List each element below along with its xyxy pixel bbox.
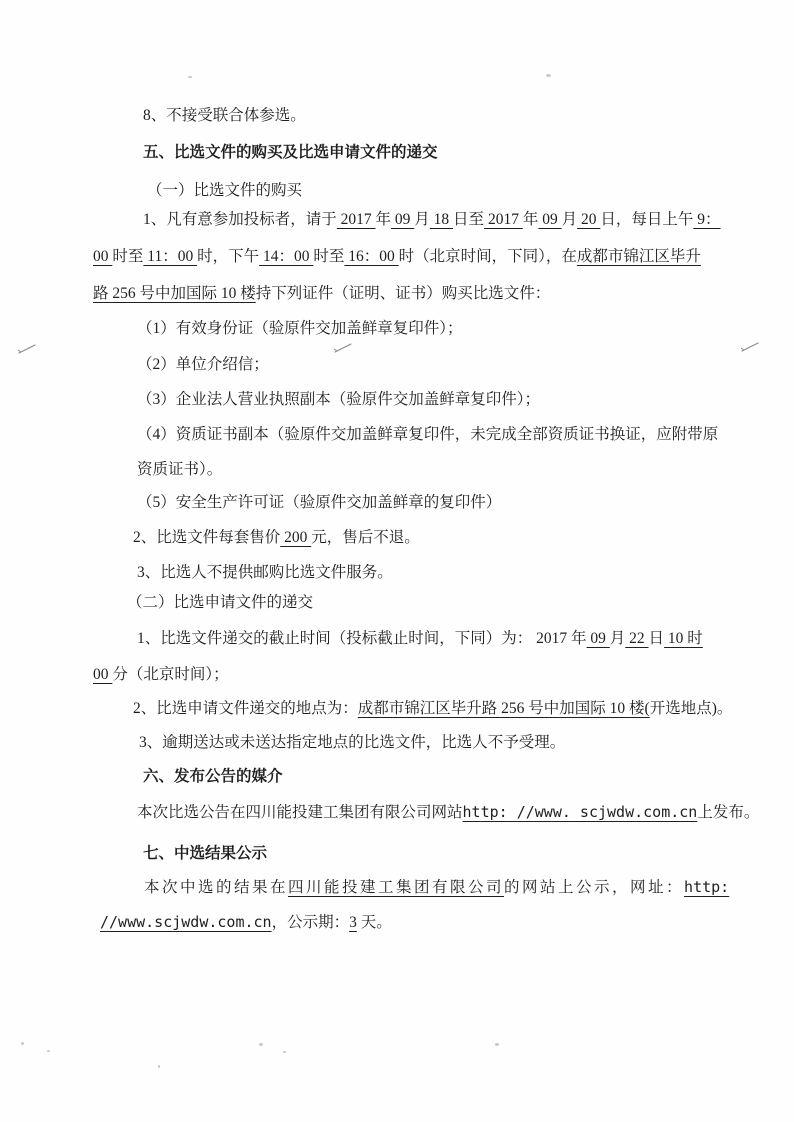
text-segment: （二）比选申请文件的递交 [127, 594, 313, 611]
underlined-text: 09 [587, 630, 610, 647]
text-segment: 时，下午 [197, 248, 259, 265]
text-segment: 8、不接受联合体参选。 [143, 107, 306, 124]
text-segment: 日 [649, 630, 665, 647]
text-segment: 本次比选公告在四川能投建工集团有限公司网站 [137, 804, 463, 821]
para-purchase-line2: 00 时至 11：00 时，下午 14：00 时至 16：00 时（北京时间，下… [93, 248, 701, 267]
url-text: //www.scjwdw.com.cn [100, 913, 272, 931]
underlined-text: 2017 [484, 211, 523, 228]
underlined-text: 14：00 [259, 248, 313, 265]
cert-item-2: （2）单位介绍信； [137, 356, 269, 375]
text-segment: （4）资质证书副本（验原件交加盖鲜章复印件，未完成全部资质证书换证，应附带原 [137, 426, 718, 443]
para-deadline-line1: 1、比选文件递交的截止时间（投标截止时间，下同）为： 2017 年 09 月 2… [137, 630, 703, 649]
text-segment: （5）安全生产许可证（验原件交加盖鲜章的复印件） [137, 494, 501, 511]
text-segment: 上发布。 [697, 804, 759, 821]
text-segment: ，公示期： [272, 914, 350, 931]
scan-speck [21, 1042, 24, 1045]
cert-item-4-line1: （4）资质证书副本（验原件交加盖鲜章复印件，未完成全部资质证书换证，应附带原 [137, 426, 718, 445]
text-segment: 天。 [357, 914, 392, 931]
text-segment: 持下列证件（证明、证书）购买比选文件： [256, 285, 551, 302]
scan-speck [546, 74, 551, 77]
underlined-text: 09 [538, 211, 561, 228]
text-segment: 年 [523, 211, 539, 228]
item-submission-place: 2、比选申请文件递交的地点为：成都市锦江区毕升路 256 号中加国际 10 楼(… [133, 700, 732, 719]
text-segment: 时至 [112, 248, 143, 265]
text-segment: 时至 [313, 248, 344, 265]
text-segment: （2）单位介绍信； [137, 356, 269, 373]
text-segment: 1、凡有意参加投标者，请于 [143, 211, 337, 228]
text-segment: 七、中选结果公示 [143, 845, 267, 862]
item-late-delivery: 3、逾期送达或未送达指定地点的比选文件，比选人不予受理。 [139, 734, 565, 753]
scan-speck [259, 1043, 263, 1046]
underlined-text: 9： [693, 211, 720, 228]
underlined-text: 2017 [337, 211, 376, 228]
item-price: 2、比选文件每套售价 200 元，售后不退。 [133, 529, 420, 548]
underlined-text: 成都市锦江区毕升路 256 号中加国际 10 楼( [358, 700, 650, 717]
text-segment: 时（北京时间，下同），在 [399, 248, 577, 265]
item-8: 8、不接受联合体参选。 [143, 107, 306, 126]
cert-item-5: （5）安全生产许可证（验原件交加盖鲜章的复印件） [137, 494, 501, 513]
text-segment: 开选地点)。 [650, 700, 733, 717]
underlined-text: 四川能投建工集团有限公司 [288, 879, 504, 896]
underlined-text: 00 [93, 666, 112, 683]
text-segment: 本次中选的结果在 [144, 879, 288, 896]
text-segment: 2、比选文件每套售价 [133, 529, 280, 546]
text-segment: 2、比选申请文件递交的地点为： [133, 700, 358, 717]
para-announcement: 本次比选公告在四川能投建工集团有限公司网站http: //www. scjwdw… [137, 803, 759, 823]
underlined-text: 18 [430, 211, 453, 228]
text-segment: 3、比选人不提供邮购比选文件服务。 [137, 564, 393, 581]
subheading-5-1: （一）比选文件的购买 [147, 182, 302, 201]
para-result-line2: //www.scjwdw.com.cn，公示期：3 天。 [100, 913, 392, 933]
underlined-text: 11：00 [143, 248, 197, 265]
text-segment: 的网站上公示，网址： [504, 879, 684, 896]
pen-mark [18, 344, 36, 354]
url-text: http: [684, 878, 729, 896]
underlined-text: 20 [577, 211, 600, 228]
heading-section-5: 五、比选文件的购买及比选申请文件的递交 [143, 144, 438, 163]
text-segment: （一）比选文件的购买 [147, 182, 302, 199]
cert-item-3: （3）企业法人营业执照副本（验原件交加盖鲜章复印件）； [137, 391, 540, 410]
text-segment: 月 [414, 211, 430, 228]
scan-speck [47, 1050, 50, 1052]
underlined-text: 09 [391, 211, 414, 228]
scan-speck [283, 1051, 286, 1053]
text-segment: 月 [562, 211, 578, 228]
subheading-5-2: （二）比选申请文件的递交 [127, 594, 313, 613]
item-no-mail-order: 3、比选人不提供邮购比选文件服务。 [137, 564, 393, 583]
underlined-text: 成都市锦江区毕升 [577, 248, 701, 265]
text-segment: 分（北京时间）； [112, 666, 228, 683]
scan-page: 8、不接受联合体参选。五、比选文件的购买及比选申请文件的递交（一）比选文件的购买… [0, 0, 794, 1122]
text-segment: 六、发布公告的媒介 [143, 768, 283, 785]
text-segment: 1、比选文件递交的截止时间（投标截止时间，下同）为： 2017 年 [137, 630, 587, 647]
text-segment: 日至 [453, 211, 484, 228]
text-segment: 月 [610, 630, 626, 647]
underlined-text: 路 256 号中加国际 10 楼 [93, 285, 256, 302]
para-result-line1: 本次中选的结果在四川能投建工集团有限公司的网站上公示，网址：http: [144, 878, 729, 898]
para-purchase-line3: 路 256 号中加国际 10 楼持下列证件（证明、证书）购买比选文件： [93, 285, 550, 304]
text-segment: 资质证书）。 [137, 461, 222, 478]
underlined-text: 00 [93, 248, 112, 265]
text-segment: 3、逾期送达或未送达指定地点的比选文件，比选人不予受理。 [139, 734, 565, 751]
underlined-text: 200 [280, 529, 311, 546]
heading-section-7: 七、中选结果公示 [143, 845, 267, 864]
scan-speck [188, 76, 192, 78]
cert-item-4-line2: 资质证书）。 [137, 461, 222, 480]
para-deadline-line2: 00 分（北京时间）； [93, 666, 229, 685]
underlined-text: 22 [625, 630, 648, 647]
cert-item-1: （1）有效身份证（验原件交加盖鲜章复印件）； [137, 320, 463, 339]
underlined-text: 3 [349, 914, 357, 931]
underlined-text: 10 时 [664, 630, 703, 647]
text-segment: 日，每日上午 [600, 211, 693, 228]
text-segment: （3）企业法人营业执照副本（验原件交加盖鲜章复印件）； [137, 391, 540, 408]
pen-mark [334, 343, 352, 353]
para-purchase-line1: 1、凡有意参加投标者，请于 2017 年 09 月 18 日至 2017 年 0… [143, 211, 721, 230]
text-segment: 五、比选文件的购买及比选申请文件的递交 [143, 144, 438, 161]
url-text: http: //www. scjwdw.com.cn [463, 803, 698, 821]
text-segment: 元，售后不退。 [311, 529, 420, 546]
pen-mark [741, 342, 759, 352]
scan-speck [495, 1043, 499, 1046]
underlined-text: 16：00 [344, 248, 398, 265]
text-segment: 年 [376, 211, 392, 228]
text-segment: （1）有效身份证（验原件交加盖鲜章复印件）； [137, 320, 463, 337]
scan-speck [158, 1065, 160, 1068]
heading-section-6: 六、发布公告的媒介 [143, 768, 283, 787]
